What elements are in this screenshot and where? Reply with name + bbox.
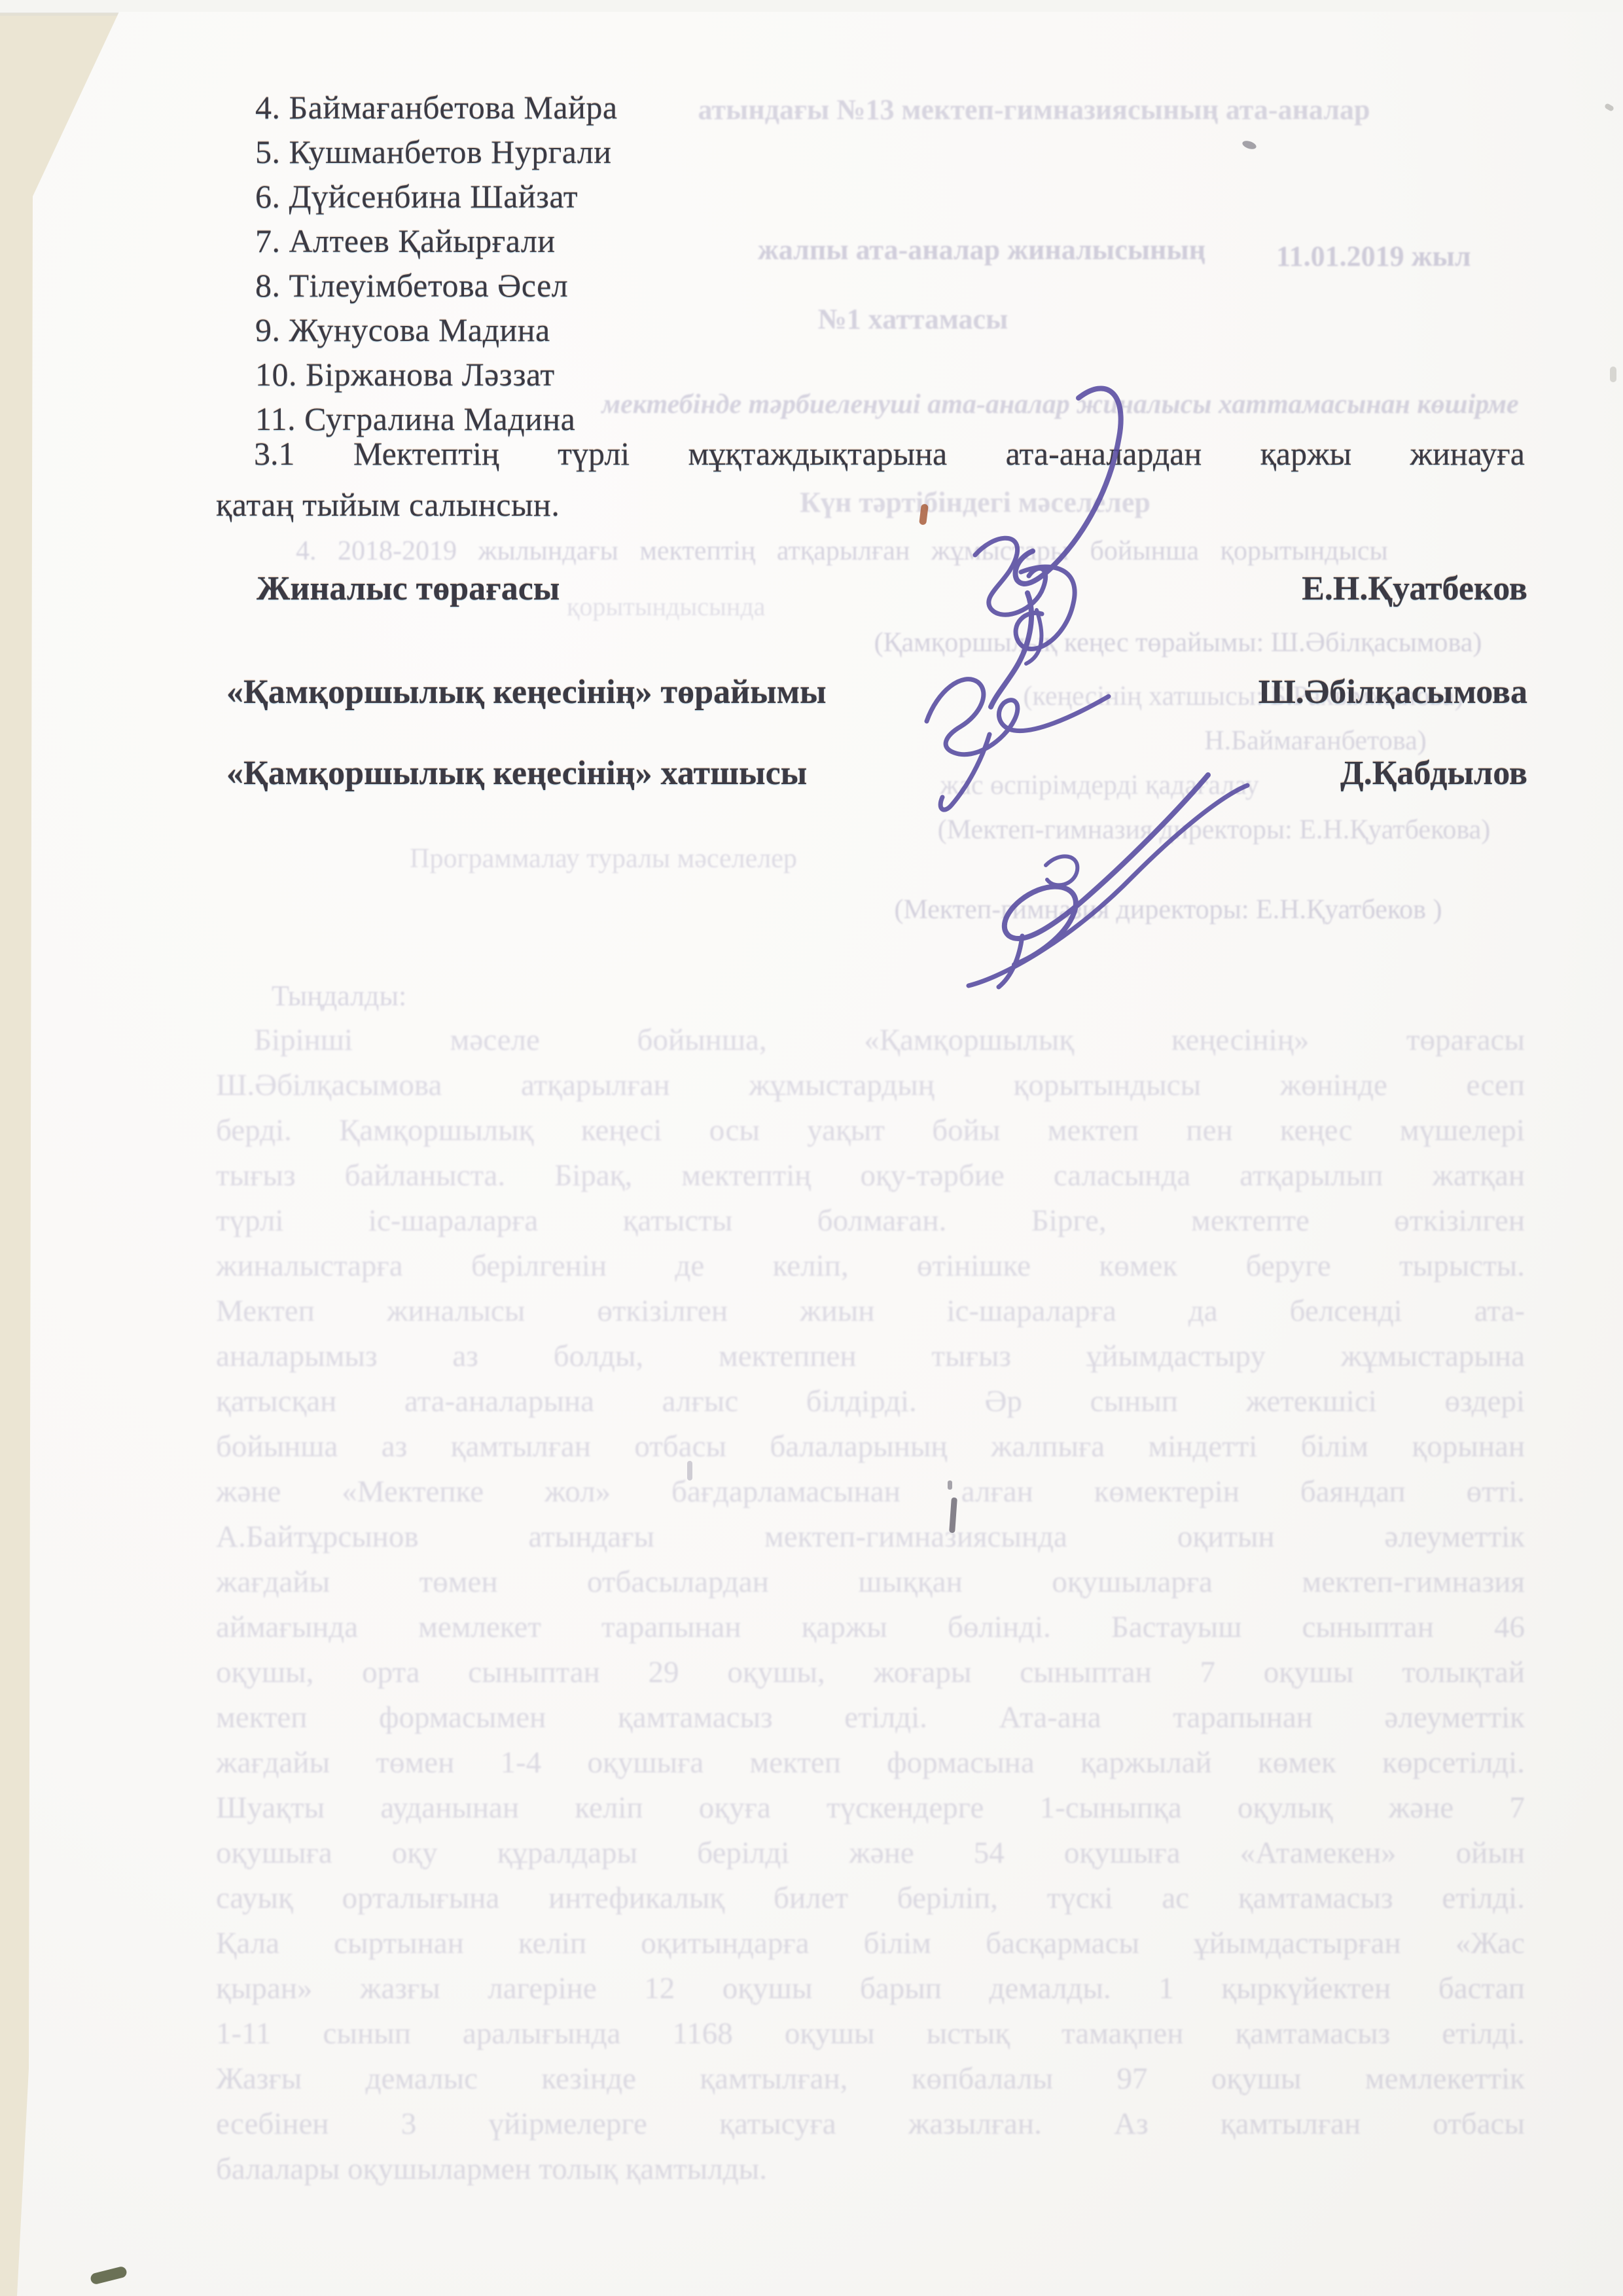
signature-ink-secretary <box>969 775 1247 987</box>
signature-ink-strokes <box>0 0 1623 2296</box>
scan-speck <box>948 1480 952 1490</box>
signature-ink-chairman <box>975 388 1121 664</box>
scan-speck <box>687 1461 692 1480</box>
scanned-protocol-page: { "attendees": [ "4. Баймағанбетова Майр… <box>0 0 1623 2296</box>
scan-speck <box>1610 367 1616 382</box>
